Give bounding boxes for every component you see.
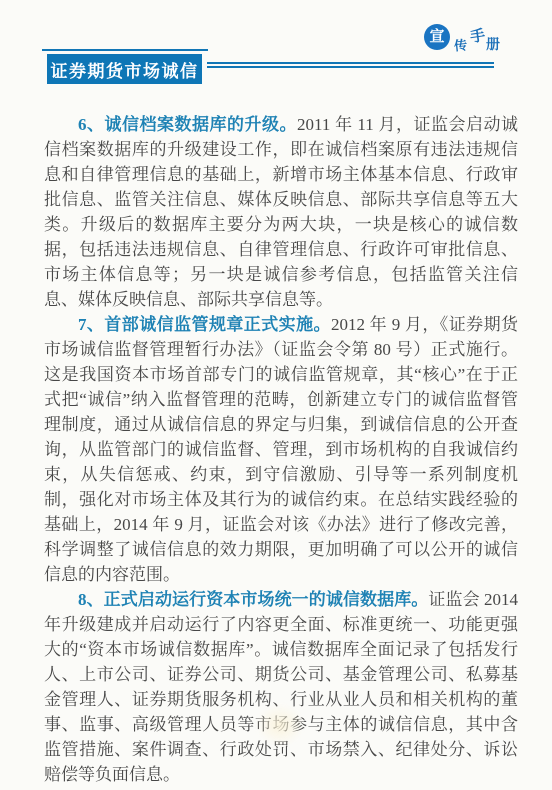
chapter-banner: 证券期货市场诚信: [47, 54, 202, 84]
section-8-paragraph: 8、正式启动运行资本市场统一的诚信数据库。证监会 2014 年升级建成并启动运行…: [44, 587, 518, 787]
section-7-paragraph: 7、首部诚信监管规章正式实施。2012 年 9 月，《证券期货市场诚信监督管理暂…: [44, 312, 518, 587]
logo-char-ce: 册: [486, 34, 500, 54]
section-8-heading: 8、正式启动运行资本市场统一的诚信数据库。: [78, 590, 428, 609]
manual-logo: 宣 传 手 册: [420, 22, 530, 56]
section-8-text: 证监会 2014 年升级建成并启动运行了内容更全面、标准更统一、功能更强大的“资…: [44, 590, 518, 784]
chapter-banner-title: 证券期货市场诚信: [51, 57, 199, 82]
header-double-rule: [207, 62, 494, 68]
document-body: 6、诚信档案数据库的升级。2011 年 11 月，证监会启动诚信档案数据库的升级…: [44, 112, 518, 787]
logo-char-chuan: 传: [453, 34, 468, 54]
section-7-text: 2012 年 9 月，《证券期货市场诚信监督管理暂行办法》（证监会令第 80 号…: [44, 315, 518, 584]
section-6-heading: 6、诚信档案数据库的升级。: [78, 115, 297, 134]
section-6-text: 2011 年 11 月，证监会启动诚信档案数据库的升级建设工作，即在诚信档案原有…: [44, 115, 518, 309]
banner-top-rule: [42, 49, 208, 51]
section-6-paragraph: 6、诚信档案数据库的升级。2011 年 11 月，证监会启动诚信档案数据库的升级…: [44, 112, 518, 312]
document-page: 证券期货市场诚信 宣 传 手 册 6、诚信档案数据库的升级。2011 年 11 …: [0, 0, 552, 790]
section-7-heading: 7、首部诚信监管规章正式实施。: [78, 315, 331, 334]
logo-char-shou: 手: [469, 24, 487, 47]
logo-circle-seal-icon: 宣: [424, 24, 450, 50]
watermark-smudge: [256, 704, 304, 746]
